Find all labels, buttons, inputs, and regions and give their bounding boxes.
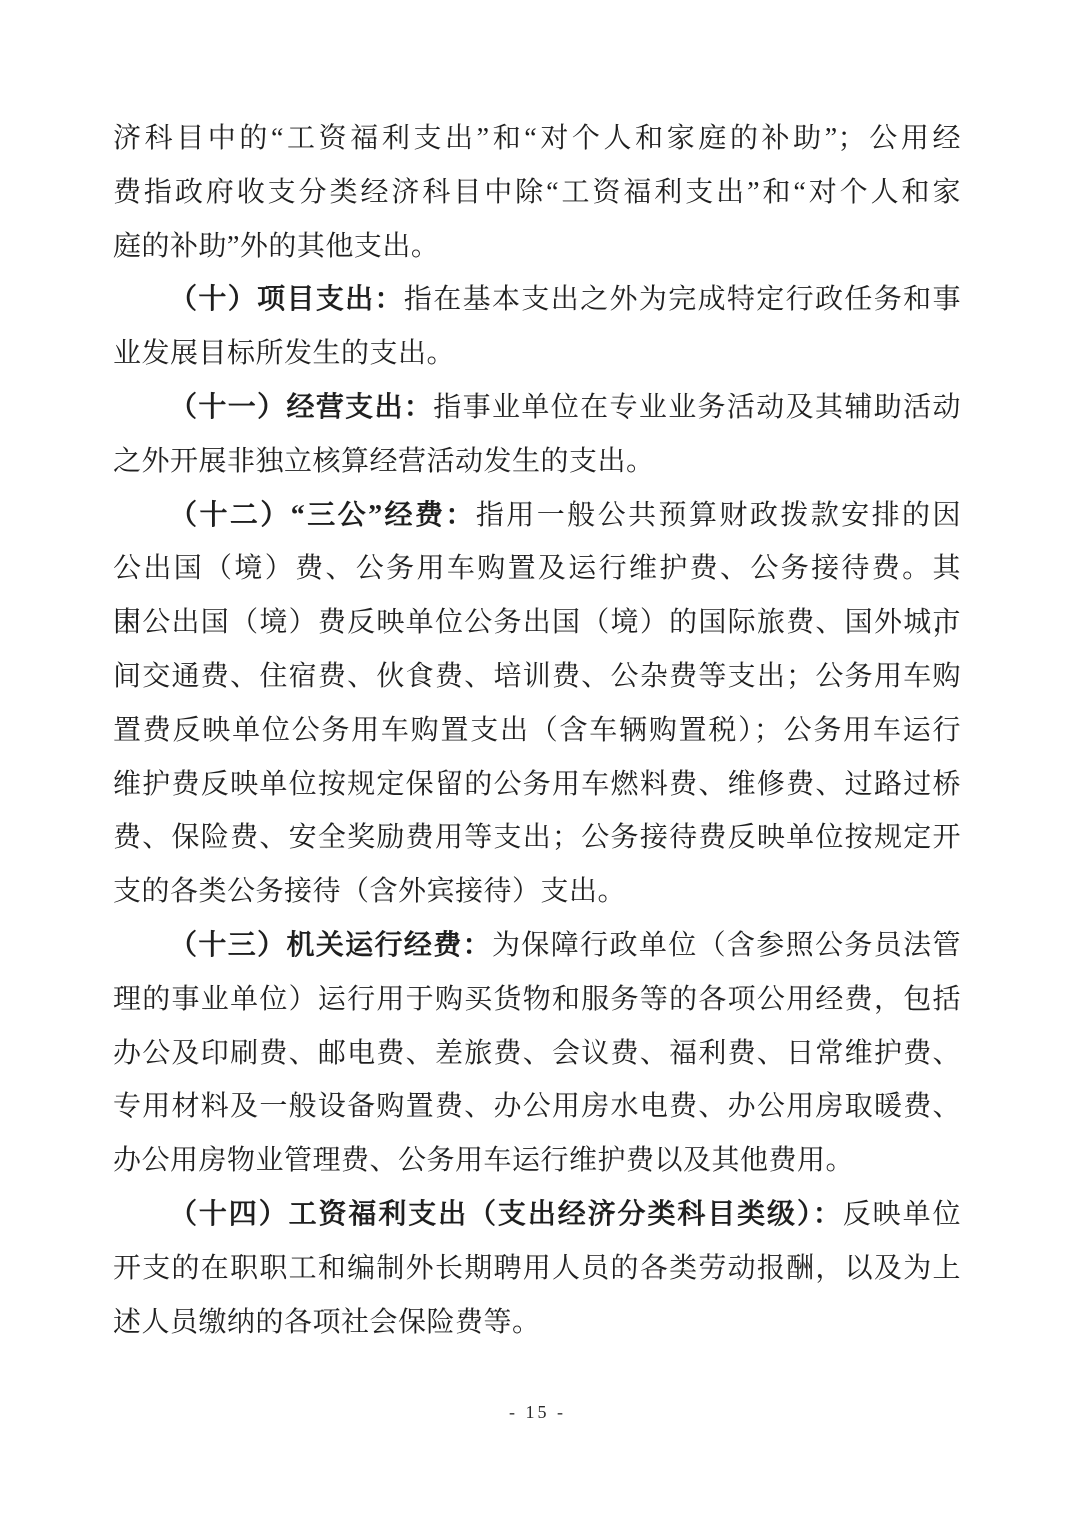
body-text: 庭的补助”外的其他支出。 [113, 231, 439, 262]
document-line: 述人员缴纳的各项社会保险费等。 [113, 1296, 961, 1350]
term-heading: （十四）工资福利支出（支出经济分类科目类级）： [169, 1199, 843, 1230]
document-line: 庭的补助”外的其他支出。 [113, 220, 961, 274]
document-line: 因公出国（境）费反映单位公务出国（境）的国际旅费、国外城市 [113, 596, 961, 650]
document-line: 之外开展非独立核算经营活动发生的支出。 [113, 435, 961, 489]
body-text: 之外开展非独立核算经营活动发生的支出。 [113, 446, 655, 477]
document-line: 专用材料及一般设备购置费、办公用房水电费、办公用房取暖费、 [113, 1080, 961, 1134]
body-text: 济科目中的“工资福利支出”和“对个人和家庭的补助”；公用经 [113, 123, 961, 154]
document-line: 支的各类公务接待（含外宾接待）支出。 [113, 865, 961, 919]
document-line: 公出国（境）费、公务用车购置及运行维护费、公务接待费。其中， [113, 542, 961, 596]
body-text: 维护费反映单位按规定保留的公务用车燃料费、维修费、过路过桥 [113, 769, 961, 800]
body-text: 费、保险费、安全奖励费用等支出；公务接待费反映单位按规定开 [113, 822, 961, 853]
page-number: - 15 - [0, 1402, 1075, 1423]
term-heading: （十二）“三公”经费： [169, 500, 476, 531]
document-line: 费指政府收支分类经济科目中除“工资福利支出”和“对个人和家 [113, 166, 961, 220]
document-line: （十三）机关运行经费：为保障行政单位（含参照公务员法管 [113, 919, 961, 973]
body-text: 办公用房物业管理费、公务用车运行维护费以及其他费用。 [113, 1145, 854, 1176]
body-text: 间交通费、住宿费、伙食费、培训费、公杂费等支出；公务用车购 [113, 661, 961, 692]
document-line: （十二）“三公”经费：指用一般公共预算财政拨款安排的因 [113, 489, 961, 543]
document-line: 办公及印刷费、邮电费、差旅费、会议费、福利费、日常维护费、 [113, 1027, 961, 1081]
document-line: （十）项目支出：指在基本支出之外为完成特定行政任务和事 [113, 273, 961, 327]
term-heading: （十）项目支出： [169, 284, 404, 315]
body-text: 指在基本支出之外为完成特定行政任务和事 [404, 284, 961, 315]
document-line: 置费反映单位公务用车购置支出（含车辆购置税）；公务用车运行 [113, 704, 961, 758]
term-heading: （十一）经营支出： [169, 392, 433, 423]
document-line: 间交通费、住宿费、伙食费、培训费、公杂费等支出；公务用车购 [113, 650, 961, 704]
body-text: 指用一般公共预算财政拨款安排的因 [476, 500, 961, 531]
body-text: 支的各类公务接待（含外宾接待）支出。 [113, 876, 626, 907]
document-line: 开支的在职职工和编制外长期聘用人员的各类劳动报酬，以及为上 [113, 1242, 961, 1296]
body-text: 因公出国（境）费反映单位公务出国（境）的国际旅费、国外城市 [113, 607, 961, 638]
document-line: 费、保险费、安全奖励费用等支出；公务接待费反映单位按规定开 [113, 811, 961, 865]
body-text: 指事业单位在专业业务活动及其辅助活动 [433, 392, 961, 423]
document-line: （十一）经营支出：指事业单位在专业业务活动及其辅助活动 [113, 381, 961, 435]
body-text: 开支的在职职工和编制外长期聘用人员的各类劳动报酬，以及为上 [113, 1253, 961, 1284]
document-line: 济科目中的“工资福利支出”和“对个人和家庭的补助”；公用经 [113, 112, 961, 166]
body-text: 业发展目标所发生的支出。 [113, 338, 455, 369]
body-text: 办公及印刷费、邮电费、差旅费、会议费、福利费、日常维护费、 [113, 1038, 961, 1069]
document-line: （十四）工资福利支出（支出经济分类科目类级）：反映单位 [113, 1188, 961, 1242]
document-line: 办公用房物业管理费、公务用车运行维护费以及其他费用。 [113, 1134, 961, 1188]
body-text: 置费反映单位公务用车购置支出（含车辆购置税）；公务用车运行 [113, 715, 961, 746]
document-body: 济科目中的“工资福利支出”和“对个人和家庭的补助”；公用经费指政府收支分类经济科… [113, 112, 961, 1349]
body-text: 为保障行政单位（含参照公务员法管 [492, 930, 961, 961]
term-heading: （十三）机关运行经费： [169, 930, 492, 961]
body-text: 理的事业单位）运行用于购买货物和服务等的各项公用经费，包括 [113, 984, 961, 1015]
body-text: 费指政府收支分类经济科目中除“工资福利支出”和“对个人和家 [113, 177, 961, 208]
document-page: 济科目中的“工资福利支出”和“对个人和家庭的补助”；公用经费指政府收支分类经济科… [0, 0, 1075, 1520]
body-text: 反映单位 [843, 1199, 961, 1230]
document-line: 理的事业单位）运行用于购买货物和服务等的各项公用经费，包括 [113, 973, 961, 1027]
body-text: 述人员缴纳的各项社会保险费等。 [113, 1307, 541, 1338]
body-text: 专用材料及一般设备购置费、办公用房水电费、办公用房取暖费、 [113, 1091, 961, 1122]
document-line: 维护费反映单位按规定保留的公务用车燃料费、维修费、过路过桥 [113, 758, 961, 812]
document-line: 业发展目标所发生的支出。 [113, 327, 961, 381]
